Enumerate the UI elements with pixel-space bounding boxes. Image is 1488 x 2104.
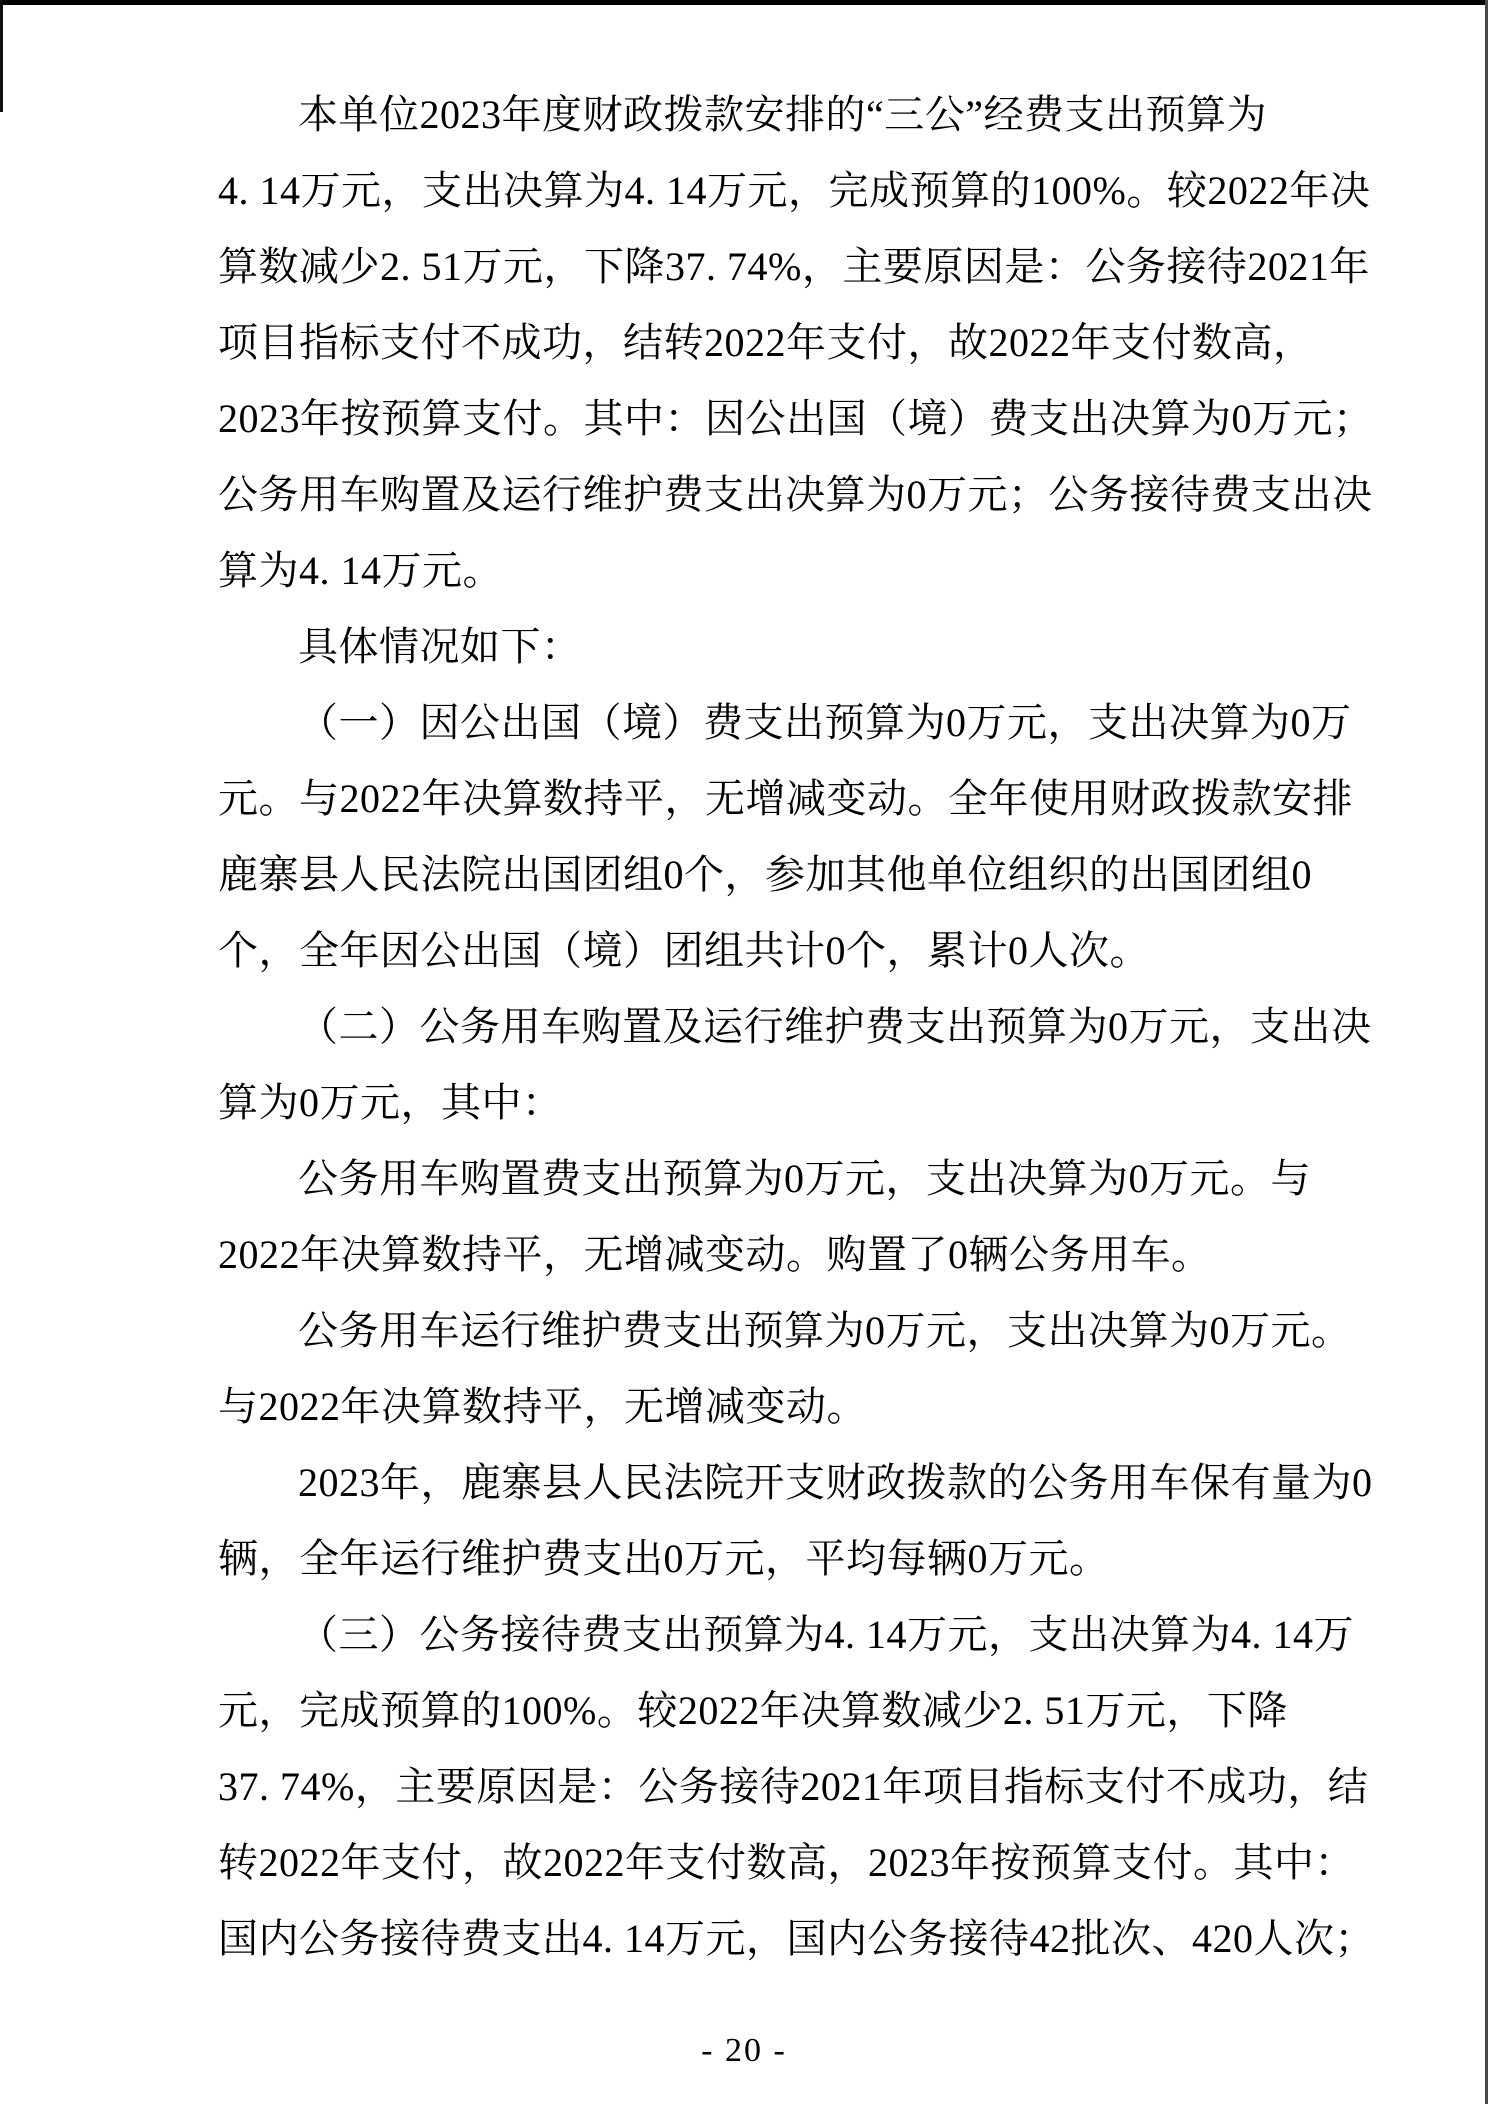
paragraph: 本单位2023年度财政拨款安排的“三公”经费支出预算为4. 14万元，支出决算为… [218, 77, 1348, 609]
text-line: 辆，全年运行维护费支出0万元，平均每辆0万元。 [218, 1521, 1348, 1597]
text-line: 公务用车购置及运行维护费支出决算为0万元；公务接待费支出决 [218, 457, 1348, 533]
text-line: 公务用车购置费支出预算为0万元，支出决算为0万元。与 [218, 1141, 1348, 1217]
text-line: 2023年按预算支付。其中：因公出国（境）费支出决算为0万元； [218, 381, 1348, 457]
text-line: 算数减少2. 51万元，下降37. 74%，主要原因是：公务接待2021年 [218, 229, 1348, 305]
text-line: （一）因公出国（境）费支出预算为0万元，支出决算为0万 [218, 685, 1348, 761]
text-line: 与2022年决算数持平，无增减变动。 [218, 1369, 1348, 1445]
paragraph: （一）因公出国（境）费支出预算为0万元，支出决算为0万元。与2022年决算数持平… [218, 685, 1348, 989]
document-page: 本单位2023年度财政拨款安排的“三公”经费支出预算为4. 14万元，支出决算为… [0, 0, 1488, 2104]
paragraph: 具体情况如下： [218, 609, 1348, 685]
paragraph: 2023年，鹿寨县人民法院开支财政拨款的公务用车保有量为0辆，全年运行维护费支出… [218, 1445, 1348, 1597]
text-line: 元。与2022年决算数持平，无增减变动。全年使用财政拨款安排 [218, 761, 1348, 837]
text-line: 个，全年因公出国（境）团组共计0个，累计0人次。 [218, 913, 1348, 989]
paragraph: （三）公务接待费支出预算为4. 14万元，支出决算为4. 14万元，完成预算的1… [218, 1597, 1348, 1977]
paragraph: （二）公务用车购置及运行维护费支出预算为0万元，支出决算为0万元，其中： [218, 989, 1348, 1141]
document-body: 本单位2023年度财政拨款安排的“三公”经费支出预算为4. 14万元，支出决算为… [218, 77, 1348, 1977]
scan-artifact-left-edge [0, 0, 3, 112]
text-line: 2023年，鹿寨县人民法院开支财政拨款的公务用车保有量为0 [218, 1445, 1348, 1521]
scan-artifact-top-bar [0, 0, 1488, 5]
text-line: 本单位2023年度财政拨款安排的“三公”经费支出预算为 [218, 77, 1348, 153]
text-line: 元，完成预算的100%。较2022年决算数减少2. 51万元，下降 [218, 1673, 1348, 1749]
text-line: 4. 14万元，支出决算为4. 14万元，完成预算的100%。较2022年决 [218, 153, 1348, 229]
text-line: 鹿寨县人民法院出国团组0个，参加其他单位组织的出国团组0 [218, 837, 1348, 913]
paragraph: 公务用车运行维护费支出预算为0万元，支出决算为0万元。与2022年决算数持平，无… [218, 1293, 1348, 1445]
page-number: - 20 - [701, 2032, 787, 2069]
text-line: （三）公务接待费支出预算为4. 14万元，支出决算为4. 14万 [218, 1597, 1348, 1673]
text-line: 2022年决算数持平，无增减变动。购置了0辆公务用车。 [218, 1217, 1348, 1293]
text-line: 算为0万元，其中： [218, 1065, 1348, 1141]
text-line: 具体情况如下： [218, 609, 1348, 685]
text-line: 公务用车运行维护费支出预算为0万元，支出决算为0万元。 [218, 1293, 1348, 1369]
text-line: 国内公务接待费支出4. 14万元，国内公务接待42批次、420人次； [218, 1901, 1348, 1977]
text-line: 37. 74%，主要原因是：公务接待2021年项目指标支付不成功，结 [218, 1749, 1348, 1825]
page-footer: - 20 - [0, 2032, 1488, 2070]
text-line: 转2022年支付，故2022年支付数高，2023年按预算支付。其中： [218, 1825, 1348, 1901]
paragraph: 公务用车购置费支出预算为0万元，支出决算为0万元。与2022年决算数持平，无增减… [218, 1141, 1348, 1293]
text-line: （二）公务用车购置及运行维护费支出预算为0万元，支出决 [218, 989, 1348, 1065]
text-line: 项目指标支付不成功，结转2022年支付，故2022年支付数高， [218, 305, 1348, 381]
text-line: 算为4. 14万元。 [218, 533, 1348, 609]
